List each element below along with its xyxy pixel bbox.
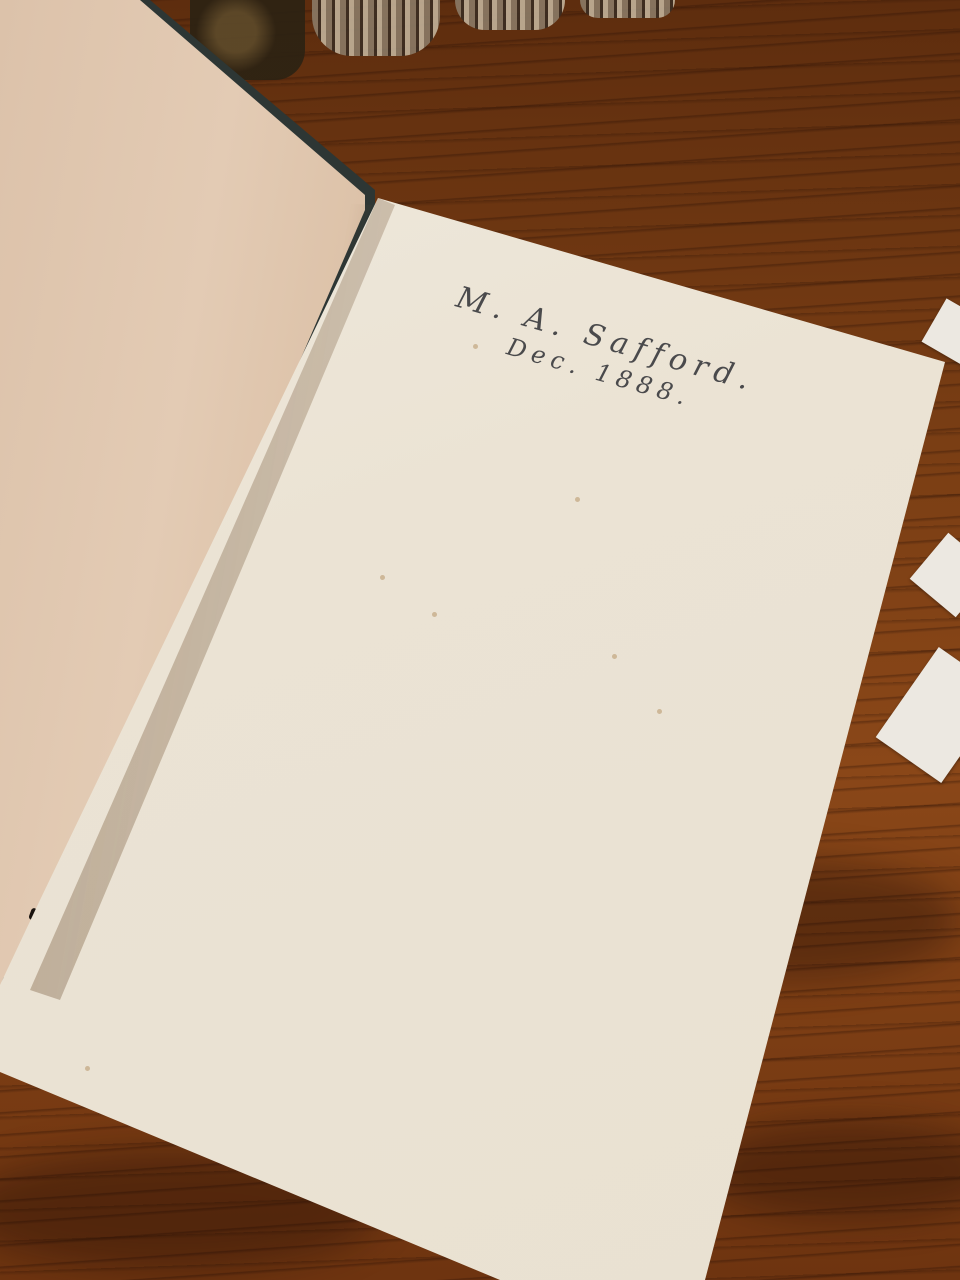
- decorative-vase: [455, 0, 565, 30]
- foxing-spot: [432, 612, 437, 617]
- foxing-spot: [657, 709, 662, 714]
- foxing-spot: [85, 1066, 90, 1071]
- foxing-spot: [612, 654, 617, 659]
- decorative-vase: [580, 0, 675, 18]
- foxing-spot: [575, 497, 580, 502]
- decorative-vase: [312, 0, 440, 56]
- foxing-spot: [380, 575, 385, 580]
